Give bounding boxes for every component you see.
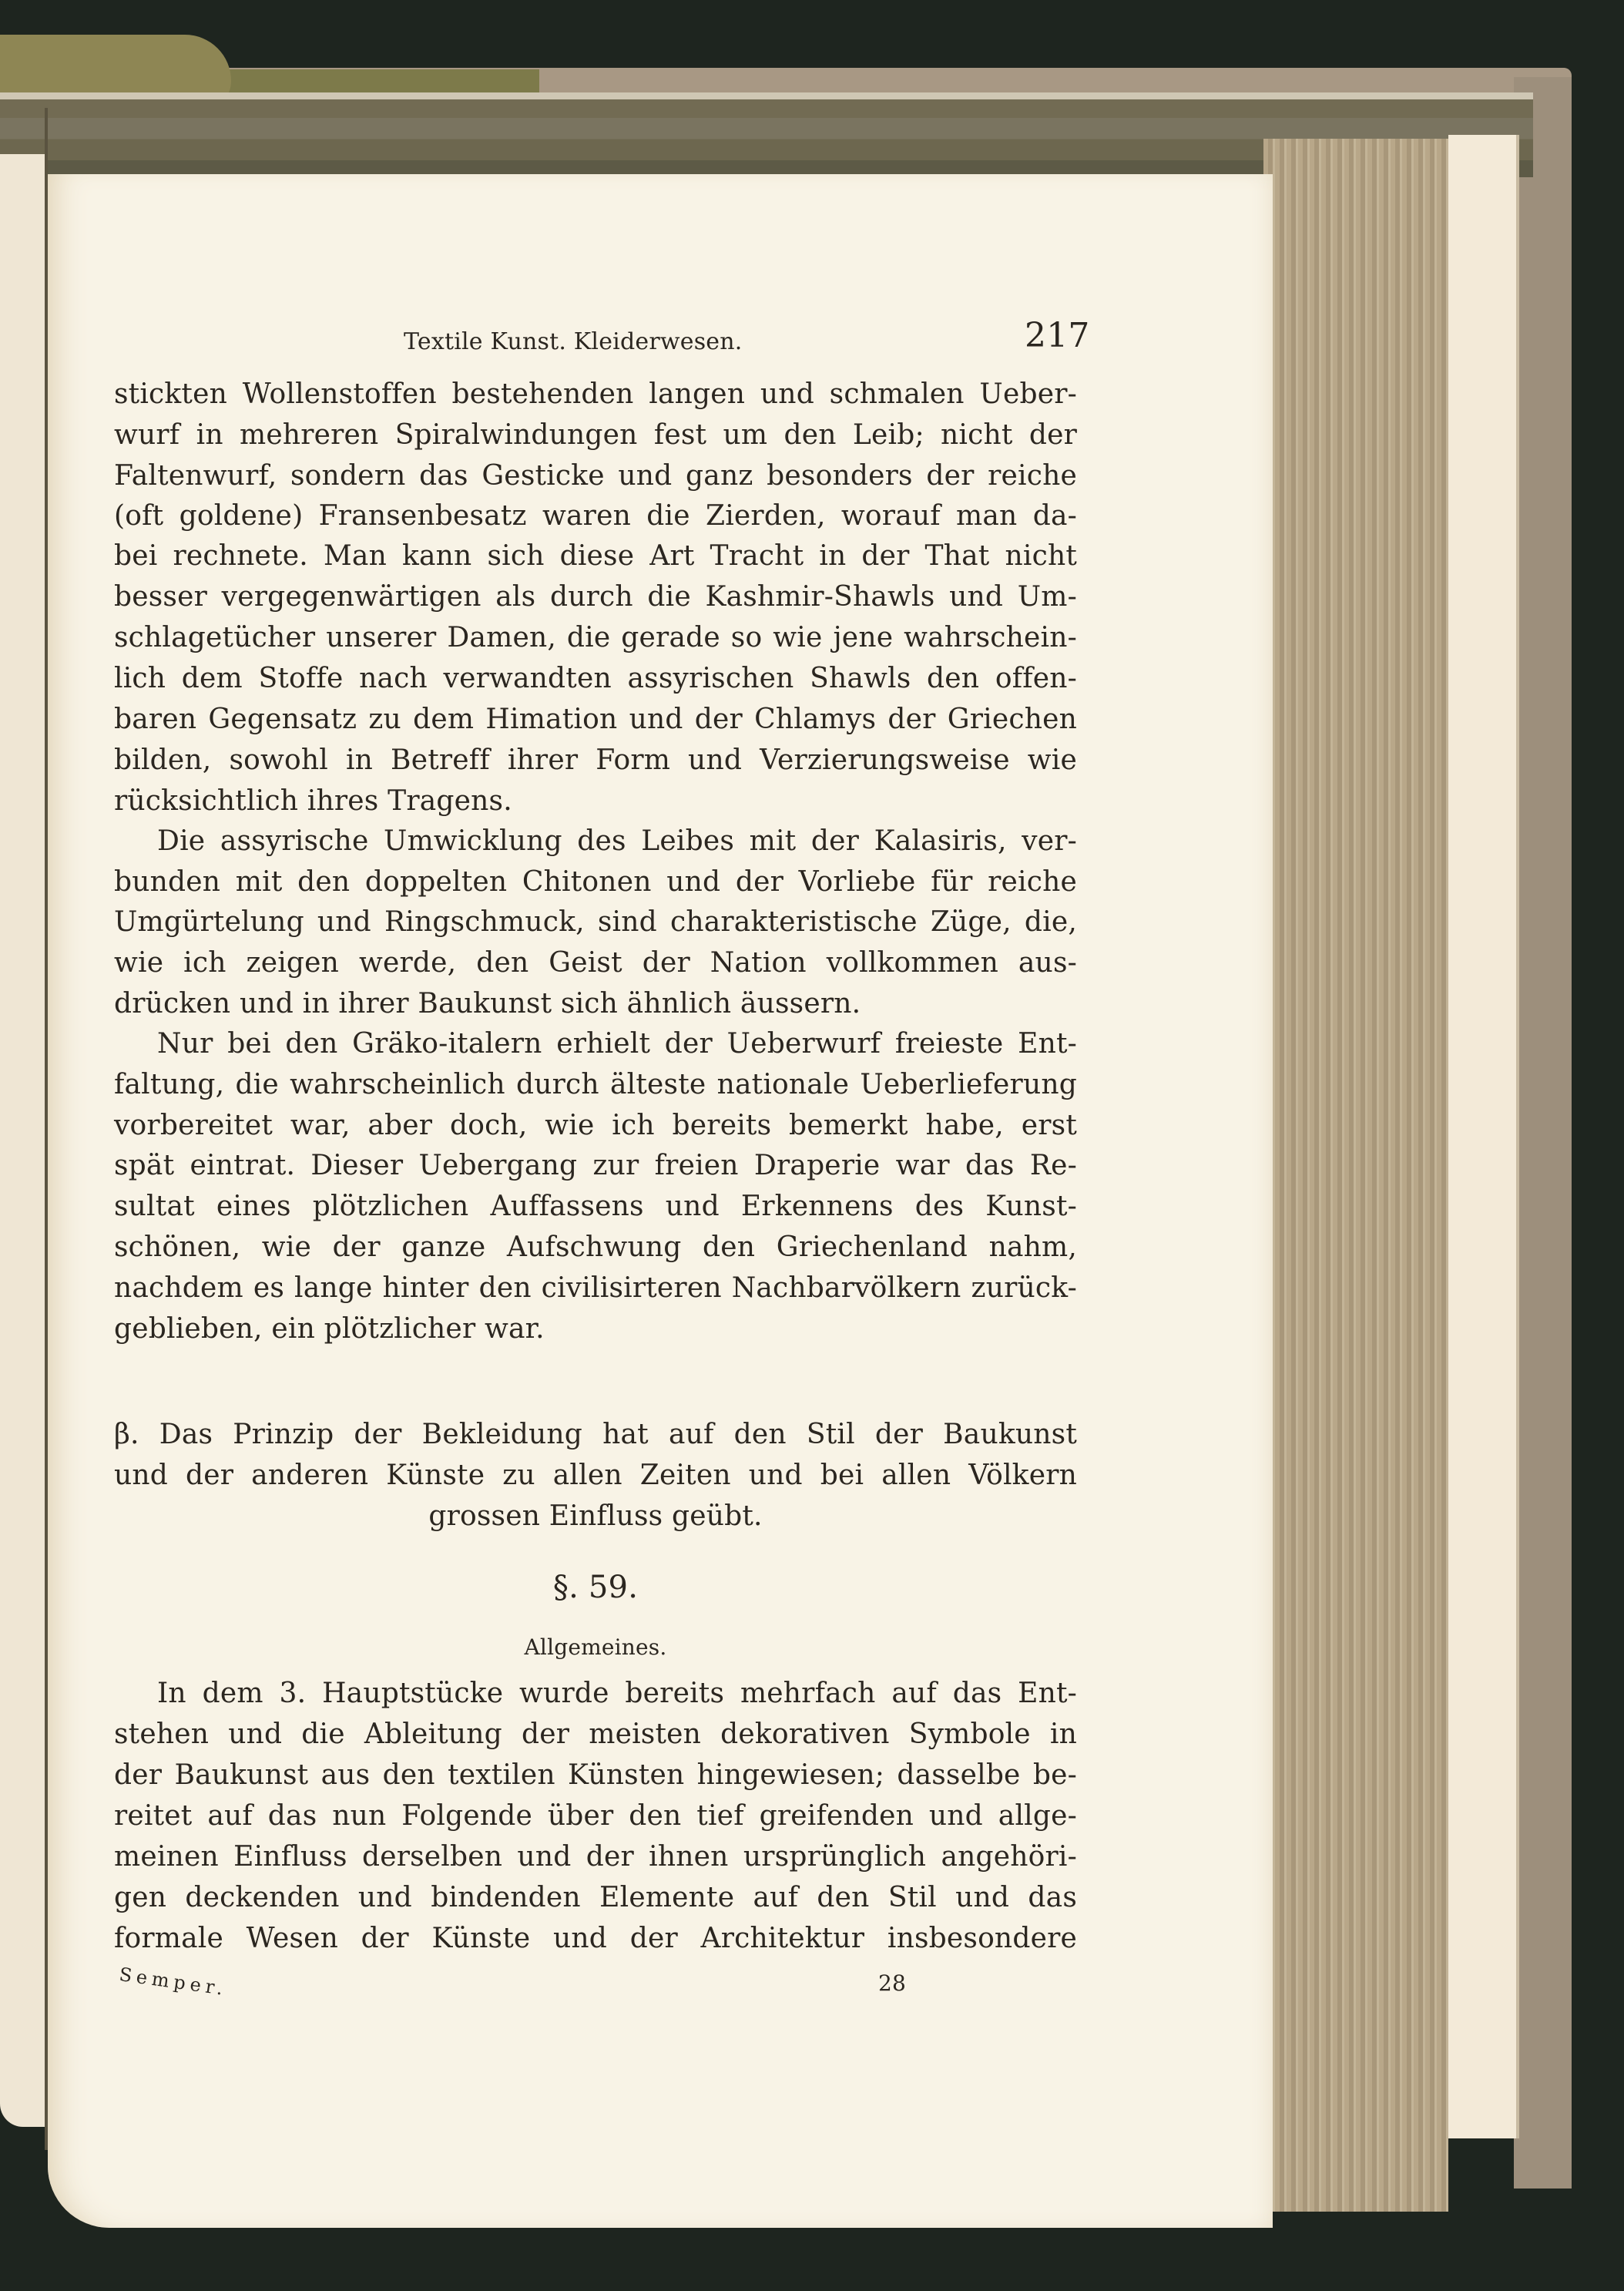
- text-line: wie ich zeigen werde, den Geist der Nati…: [114, 946, 1077, 980]
- text-line: In dem 3. Hauptstücke wurde bereits mehr…: [114, 1677, 1077, 1711]
- text-line: reitet auf das nun Folgende über den tie…: [114, 1799, 1077, 1833]
- text-line: formale Wesen der Künste und der Archite…: [114, 1922, 1077, 1956]
- text-line: grossen Einfluss geübt.: [114, 1500, 1077, 1533]
- text-line: gen deckenden und bindenden Elemente auf…: [114, 1881, 1077, 1915]
- text-line: stehen und die Ableitung der meisten dek…: [114, 1718, 1077, 1752]
- text-line: Nur bei den Gräko-italern erhielt der Ue…: [114, 1027, 1077, 1061]
- text-line: Umgürtelung und Ringschmuck, sind charak…: [114, 905, 1077, 939]
- text-line: spät eintrat. Dieser Uebergang zur freie…: [114, 1149, 1077, 1183]
- text-line: schönen, wie der ganze Aufschwung den Gr…: [114, 1231, 1077, 1265]
- signature-number: 28: [878, 1967, 906, 2000]
- left-page-sliver: [0, 154, 48, 2127]
- page-number: 217: [1025, 319, 1090, 353]
- text-line: lich dem Stoffe nach verwandten assyrisc…: [114, 662, 1077, 696]
- running-header: Textile Kunst. Kleiderwesen.: [404, 325, 743, 359]
- text-line: drücken und in ihrer Baukunst sich ähnli…: [114, 987, 1077, 1021]
- text-line: rücksichtlich ihres Tragens.: [114, 784, 1077, 818]
- text-line: faltung, die wahrscheinlich durch ältest…: [114, 1068, 1077, 1102]
- book-cover-right: [1514, 77, 1572, 2189]
- text-line: stickten Wollenstoffen bestehenden lange…: [114, 378, 1077, 412]
- text-line: Faltenwurf, sondern das Gesticke und gan…: [114, 459, 1077, 493]
- text-line: wurf in mehreren Spiralwindungen fest um…: [114, 418, 1077, 452]
- text-line: sultat eines plötzlichen Auffassens und …: [114, 1190, 1077, 1224]
- endpaper: [1448, 135, 1519, 2138]
- text-line: β. Das Prinzip der Bekleidung hat auf de…: [114, 1418, 1077, 1452]
- text-line: bei rechnete. Man kann sich diese Art Tr…: [114, 539, 1077, 573]
- text-line: und der anderen Künste zu allen Zeiten u…: [114, 1459, 1077, 1493]
- text-line: besser vergegenwärtigen als durch die Ka…: [114, 580, 1077, 614]
- section-number: §. 59.: [114, 1570, 1077, 1604]
- text-line: nachdem es lange hinter den civilisirter…: [114, 1271, 1077, 1305]
- text-line: bunden mit den doppelten Chitonen und de…: [114, 865, 1077, 899]
- text-line: geblieben, ein plötzlicher war.: [114, 1312, 1077, 1346]
- text-line: (oft goldene) Fransenbesatz waren die Zi…: [114, 499, 1077, 533]
- section-title: Allgemeines.: [114, 1631, 1077, 1665]
- text-line: baren Gegensatz zu dem Himation und der …: [114, 703, 1077, 737]
- text-line: vorbereitet war, aber doch, wie ich bere…: [114, 1109, 1077, 1143]
- text-line: schlagetücher unserer Damen, die gerade …: [114, 621, 1077, 655]
- text-line: meinen Einfluss derselben und der ihnen …: [114, 1840, 1077, 1874]
- page-edges-right: [1263, 139, 1448, 2212]
- text-line: bilden, sowohl in Betreff ihrer Form und…: [114, 744, 1077, 778]
- text-line: der Baukunst aus den textilen Künsten hi…: [114, 1759, 1077, 1792]
- text-line: Die assyrische Umwicklung des Leibes mit…: [114, 825, 1077, 858]
